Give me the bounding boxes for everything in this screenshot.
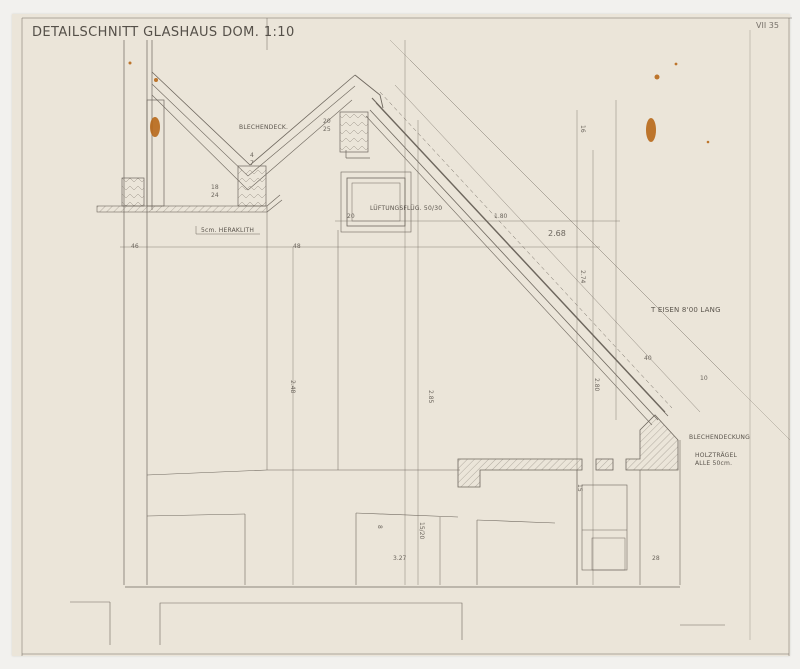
sheet-number: VII 35 [756,21,779,30]
dim-7: 7 [250,160,254,167]
dim-16: 16 [579,125,586,133]
section-drawing [0,0,800,669]
dim-24: 24 [211,192,219,199]
dim-248: 2.48 [289,380,296,393]
dim-15: 15 [576,484,583,492]
dim-285: 2.85 [427,390,434,403]
label-blechendeckung-bottom: BLECHENDECKUNG [689,434,750,441]
dim-327: 3.27 [393,555,406,562]
dim-20: 20 [323,118,331,125]
dim-268: 2.68 [548,229,566,238]
dim-25: 25 [323,126,331,133]
dim-18: 18 [211,184,219,191]
dim-48: 48 [293,243,301,250]
dim-180: 1.80 [494,213,507,220]
label-blechendeckung-top: BLECHENDECK. [239,124,288,131]
dim-15-20: 15/20 [418,522,425,539]
dim-20-shaft: 20 [347,213,355,220]
drawing-title: DETAILSCHNITT GLASHAUS DOM. 1:10 [32,25,295,40]
label-holztragel-spacing: ALLE 50cm. [695,460,732,467]
dim-4: 4 [250,152,254,159]
label-holztragel: HOLZTRÄGEL [695,452,737,459]
dim-46: 46 [131,243,139,250]
dim-280: 2.80 [593,378,600,391]
dim-10: 10 [700,375,708,382]
label-lueftungsflug: LÜFTUNGSFLÜG. 50/30 [370,205,442,212]
label-heraklith: 5cm. HERAKLITH [201,227,254,234]
label-t-eisen: T EISEN 8'00 LANG [651,306,721,314]
dim-274: 2.74 [579,270,586,283]
dim-28: 28 [652,555,660,562]
dim-40: 40 [644,355,652,362]
dim-8: 8 [376,525,383,529]
